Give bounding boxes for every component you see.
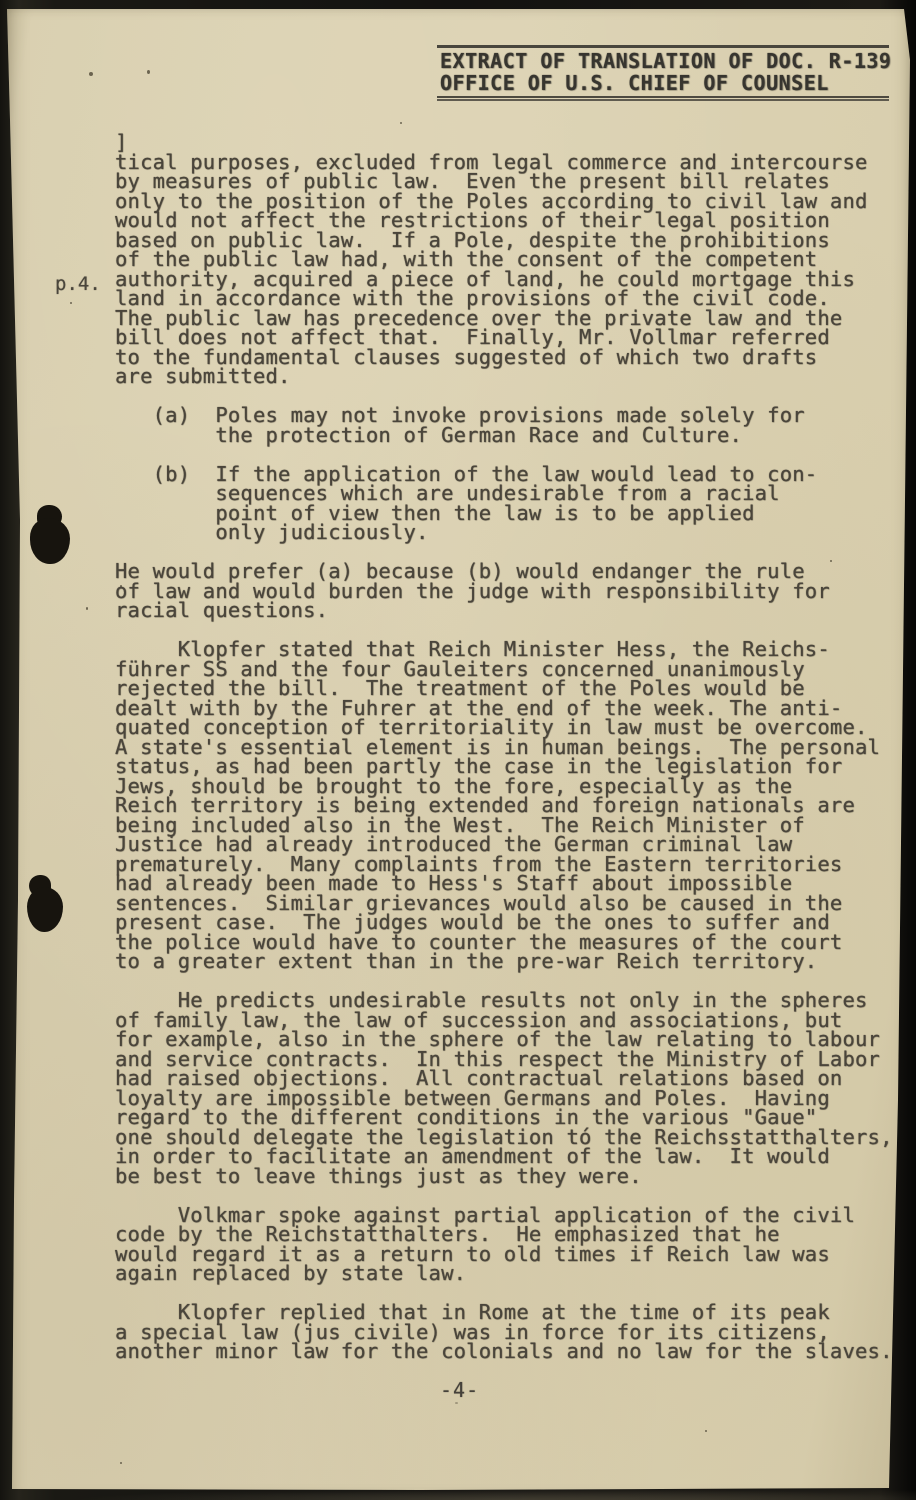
hole-punch-bottom [27, 875, 67, 933]
stamp-title-line-1: EXTRACT OF TRANSLATION OF DOC. R-139 [437, 50, 889, 72]
paper-speck [455, 1402, 458, 1404]
paper-speck [147, 70, 150, 74]
scanned-page-background: EXTRACT OF TRANSLATION OF DOC. R-139 OFF… [0, 0, 916, 1500]
paper-speck [120, 1462, 122, 1464]
paper-speck [400, 122, 402, 124]
hole-punch-top [30, 505, 72, 565]
paper-speck [86, 607, 88, 610]
document-page: EXTRACT OF TRANSLATION OF DOC. R-139 OFF… [0, 0, 916, 1500]
paper-speck [70, 302, 72, 304]
stamp-title-line-2: OFFICE OF U.S. CHIEF OF COUNSEL [437, 72, 889, 94]
page-number: -4- [440, 1378, 479, 1402]
paper-speck [830, 560, 832, 562]
paper-speck [705, 1430, 707, 1432]
paper-speck [89, 72, 93, 76]
stamp-header: EXTRACT OF TRANSLATION OF DOC. R-139 OFF… [437, 45, 889, 101]
document-body-text: ] tical purposes, excluded from legal co… [115, 133, 893, 1362]
paper-speck [120, 585, 122, 587]
margin-note-page-ref: p.4. [55, 273, 101, 295]
stamp-rule-bottom [437, 96, 889, 101]
stamp-rule-top [437, 45, 889, 48]
